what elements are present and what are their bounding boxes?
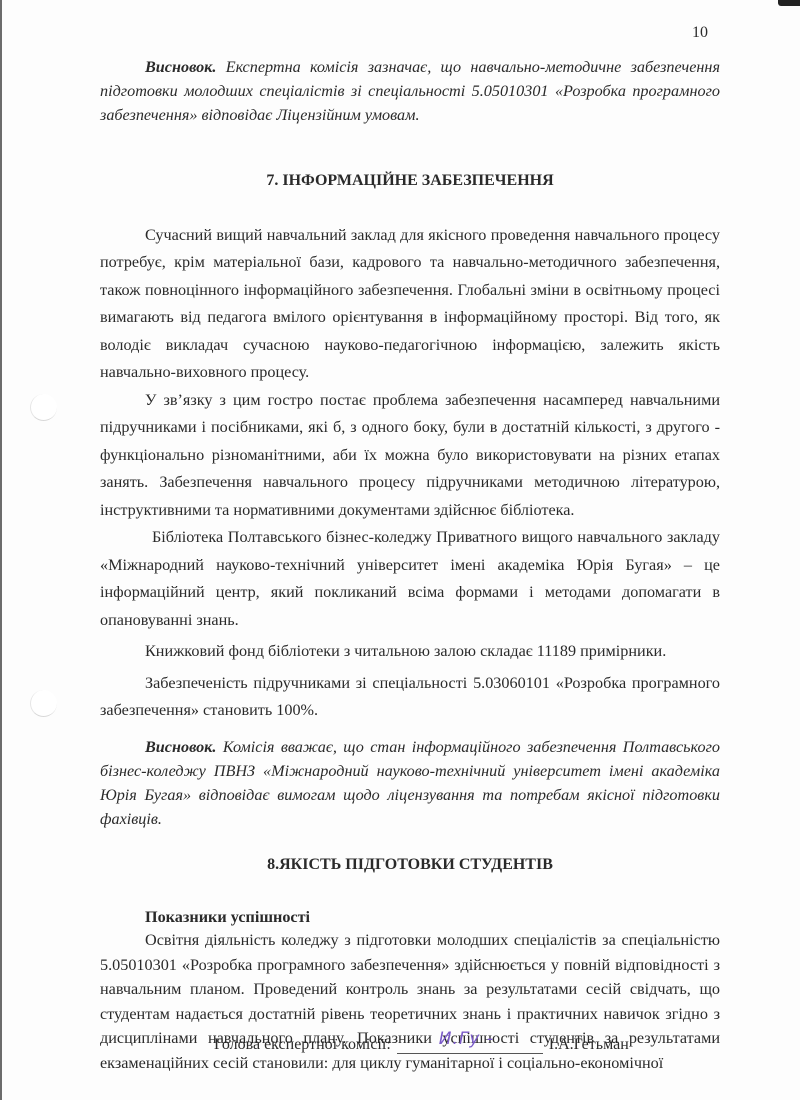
scan-corner-mark — [778, 0, 800, 6]
scan-left-edge — [0, 0, 2, 1100]
conclusion-paragraph-1: Висновок. Експертна комісія зазначає, що… — [100, 55, 720, 127]
section-7-conclusion: Висновок. Комісія вважає, що стан інформ… — [100, 735, 720, 831]
document-page: Висновок. Експертна комісія зазначає, що… — [100, 55, 720, 1075]
conclusion-label: Висновок. — [145, 738, 216, 756]
signature-field: И.Гу - — [397, 1035, 543, 1054]
section-8-title: 8.ЯКІСТЬ ПІДГОТОВКИ СТУДЕНТІВ — [100, 851, 720, 879]
section-7-paragraph: Бібліотека Полтавського бізнес-коледжу П… — [100, 524, 720, 634]
page-number: 10 — [692, 24, 708, 42]
punch-hole-bottom — [30, 690, 57, 717]
conclusion-label: Висновок. — [145, 58, 216, 76]
section-7-paragraph: Сучасний вищий навчальний заклад для які… — [100, 222, 720, 387]
punch-hole-top — [30, 394, 57, 421]
signature-block: Голова експертної комісії: И.Гу - І.А.Ге… — [214, 1035, 629, 1054]
spacer — [100, 725, 720, 735]
signature-label: Голова експертної комісії: — [214, 1036, 391, 1054]
section-7-title: 7. ІНФОРМАЦІЙНЕ ЗАБЕЗПЕЧЕННЯ — [100, 167, 720, 195]
handwritten-signature: И.Гу - — [439, 1029, 494, 1049]
section-7-paragraph: Забезпеченість підручниками зі спеціальн… — [100, 670, 720, 725]
signatory-name: І.А.Гетьман — [549, 1036, 629, 1054]
section-7-paragraph: У зв’язку з цим гостро постає проблема з… — [100, 387, 720, 525]
section-7-paragraph: Книжковий фонд бібліотеки з читальною за… — [100, 638, 720, 666]
section-8-subheading: Показники успішності — [100, 906, 720, 928]
